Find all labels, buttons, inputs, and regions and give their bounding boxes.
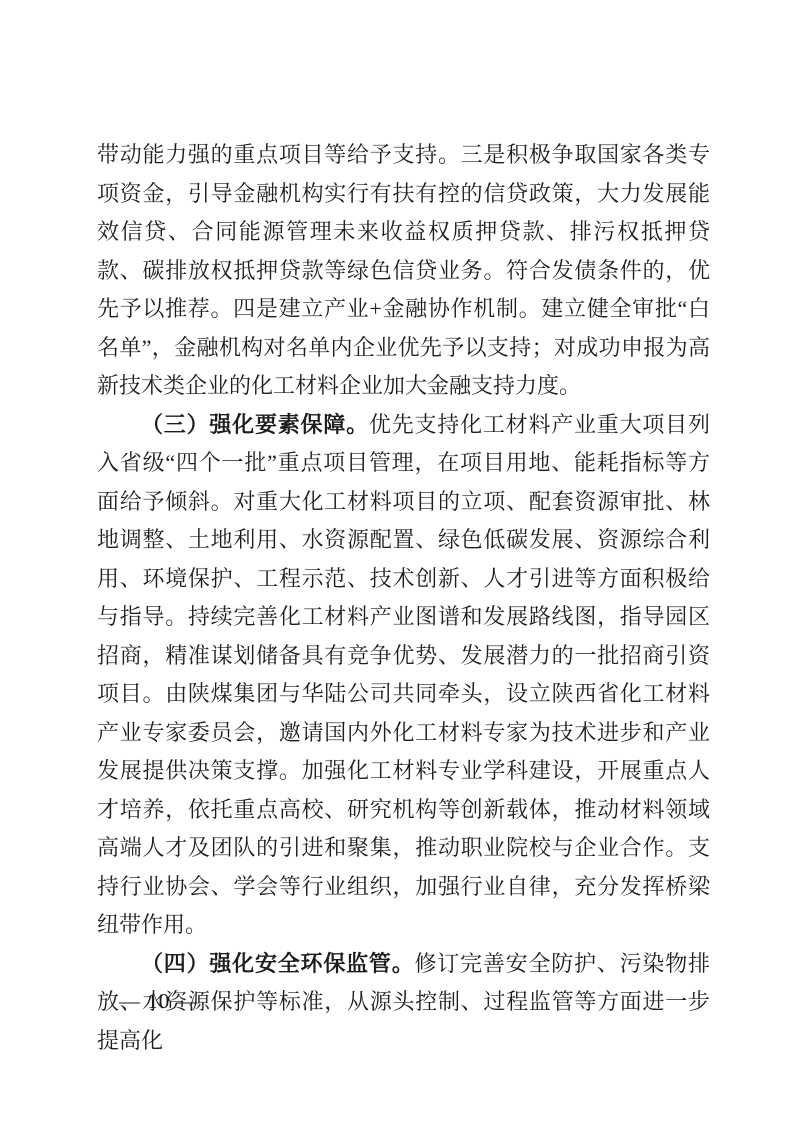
body-text: 优先支持化工材料产业重大项目列入省级“四个一批”重点项目管理，在项目用地、能耗指… (97, 412, 710, 938)
paragraph: （三）强化要素保障。优先支持化工材料产业重大项目列入省级“四个一批”重点项目管理… (97, 406, 710, 945)
section-heading: （四）强化安全环保监管。 (141, 951, 415, 976)
paragraph: 带动能力强的重点项目等给予支持。三是积极争取国家各类专项资金，引导金融机构实行有… (97, 136, 710, 406)
page-number: — 10 — (119, 989, 199, 1013)
section-heading: （三）强化要素保障。 (141, 412, 369, 437)
body-text: 带动能力强的重点项目等给予支持。三是积极争取国家各类专项资金，引导金融机构实行有… (97, 142, 710, 398)
document-page: 带动能力强的重点项目等给予支持。三是积极争取国家各类专项资金，引导金融机构实行有… (0, 0, 794, 1123)
document-body: 带动能力强的重点项目等给予支持。三是积极争取国家各类专项资金，引导金融机构实行有… (97, 136, 710, 1060)
